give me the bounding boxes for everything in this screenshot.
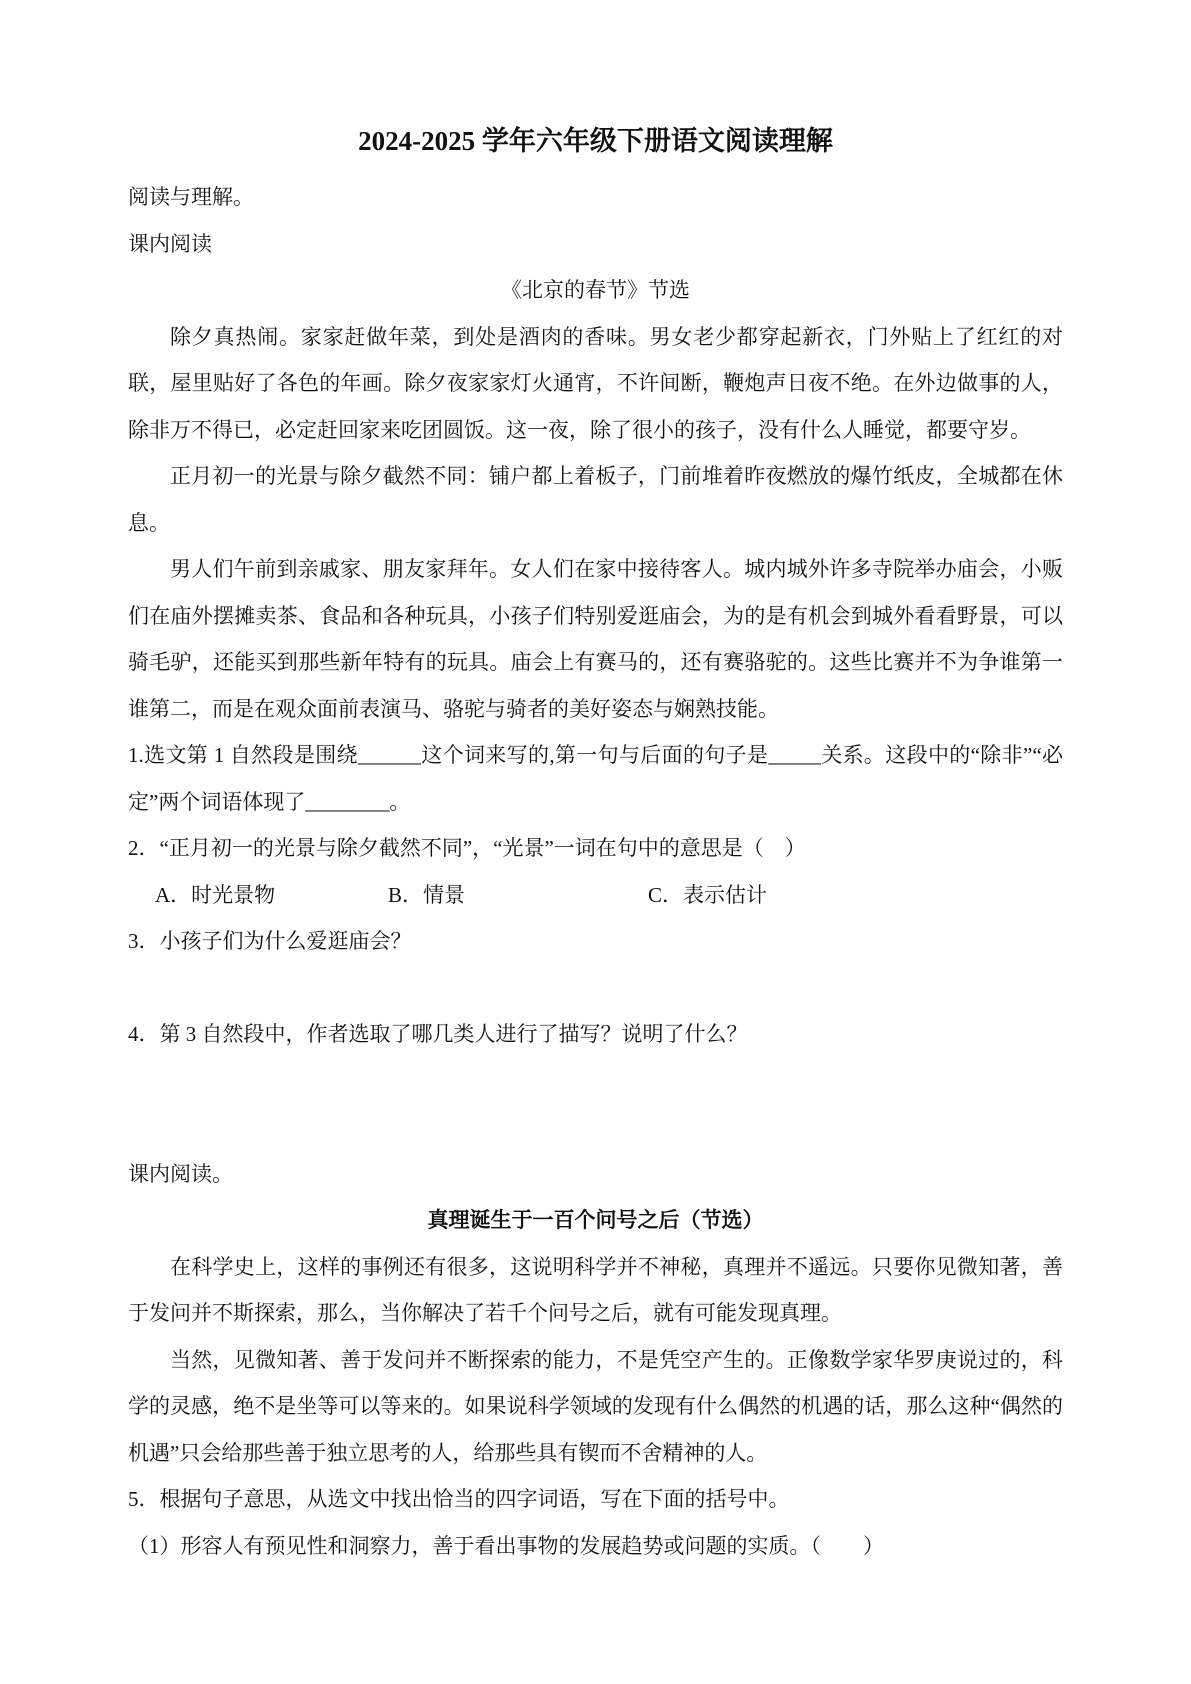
passage1-paragraph-1: 除夕真热闹。家家赶做年菜，到处是酒肉的香味。男女老少都穿起新衣，门外贴上了红红的… bbox=[128, 314, 1063, 454]
question-2-option-c: C．表示估计 bbox=[648, 872, 1063, 919]
question-1: 1.选文第 1 自然段是围绕______这个词来写的,第一句与后面的句子是___… bbox=[128, 732, 1063, 825]
question-4: 4．第 3 自然段中，作者选取了哪几类人进行了描写？说明了什么？ bbox=[128, 1011, 1063, 1058]
passage2-paragraph-2: 当然，见微知著、善于发问并不断探索的能力，不是凭空产生的。正像数学家华罗庚说过的… bbox=[128, 1337, 1063, 1477]
section2-label: 课内阅读。 bbox=[128, 1151, 1063, 1198]
intro-line: 阅读与理解。 bbox=[128, 174, 1063, 221]
question-5: 5．根据句子意思，从选文中找出恰当的四字词语，写在下面的括号中。 bbox=[128, 1476, 1063, 1523]
question-2: 2．“正月初一的光景与除夕截然不同”，“光景”一词在句中的意思是（ ） bbox=[128, 825, 1063, 872]
worksheet-page: 2024-2025 学年六年级下册语文阅读理解 阅读与理解。 课内阅读 《北京的… bbox=[0, 0, 1191, 1684]
passage2-title: 真理诞生于一百个问号之后（节选） bbox=[128, 1197, 1063, 1244]
passage1-title: 《北京的春节》节选 bbox=[128, 267, 1063, 314]
document-title: 2024-2025 学年六年级下册语文阅读理解 bbox=[128, 116, 1063, 166]
section1-label: 课内阅读 bbox=[128, 221, 1063, 268]
question-2-options: A．时光景物 B．情景 C．表示估计 bbox=[128, 872, 1063, 919]
question-5-sub-1: （1）形容人有预见性和洞察力，善于看出事物的发展趋势或问题的实质。（ ） bbox=[128, 1523, 1063, 1570]
passage1-paragraph-3: 男人们午前到亲戚家、朋友家拜年。女人们在家中接待客人。城内城外许多寺院举办庙会，… bbox=[128, 546, 1063, 732]
question-2-option-b: B．情景 bbox=[388, 872, 648, 919]
question-2-option-a: A．时光景物 bbox=[155, 872, 388, 919]
passage1-paragraph-2: 正月初一的光景与除夕截然不同：铺户都上着板子，门前堆着昨夜燃放的爆竹纸皮，全城都… bbox=[128, 453, 1063, 546]
passage2-paragraph-1: 在科学史上，这样的事例还有很多，这说明科学并不神秘，真理并不遥远。只要你见微知著… bbox=[128, 1244, 1063, 1337]
question-3: 3．小孩子们为什么爱逛庙会？ bbox=[128, 918, 1063, 965]
